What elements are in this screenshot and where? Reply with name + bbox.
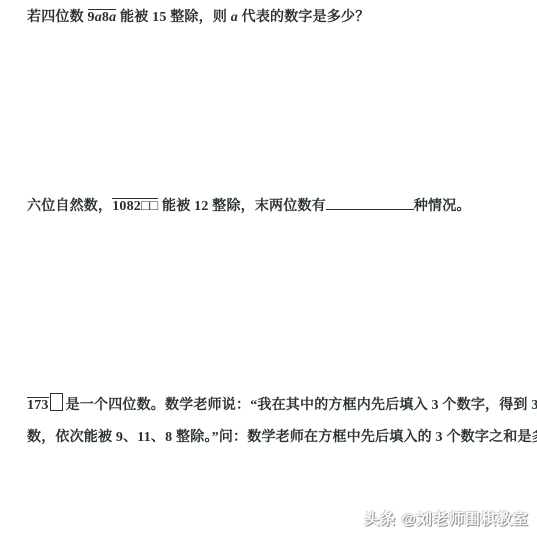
count-3: 3 xyxy=(436,430,443,445)
problem-1-prefix: 若四位数 xyxy=(27,10,88,25)
problem-3-text: 是一个四位数。数学老师说：“我在其中的方框内先后填入 xyxy=(66,398,432,413)
problem-2-prefix: 六位自然数， xyxy=(27,199,112,214)
problem-3-line-2: 数，依次能被 9、11、8 整除。”问：数学老师在方框中先后填入的 3 个数字之… xyxy=(27,422,532,454)
answer-blank xyxy=(326,195,414,210)
problem-1-mid: 整除，则 xyxy=(167,10,231,25)
count-3: 3 xyxy=(432,398,439,413)
problem-1-suffix: 代表的数字是多少？ xyxy=(238,10,370,25)
worksheet-page: 若四位数 9a8a 能被 15 整除，则 a 代表的数字是多少？ 六位自然数，1… xyxy=(0,0,537,537)
problem-1-mid: 能被 xyxy=(116,10,152,25)
problem-3-text: 整除。”问：数学老师在方框中先后填入的 xyxy=(172,430,435,445)
overline-number-9a8a: 9a8a xyxy=(88,9,117,26)
overline-number-1082-boxes: 1082□□ xyxy=(112,198,158,215)
problem-2-suffix: 种情况。 xyxy=(414,199,471,214)
problem-3-text: 个数字，得到 xyxy=(439,398,532,413)
divisor-12: 12 xyxy=(194,199,208,214)
problem-2-mid: 整除，末两位数有 xyxy=(209,199,326,214)
problem-1: 若四位数 9a8a 能被 15 整除，则 a 代表的数字是多少？ xyxy=(27,6,369,26)
overline-number-173: 173 xyxy=(27,397,49,414)
problem-2: 六位自然数，1082□□ 能被 12 整除，末两位数有种情况。 xyxy=(27,195,471,215)
divisor-15: 15 xyxy=(152,10,166,25)
problem-3-text: 个数字之和是多少？ xyxy=(443,430,537,445)
count-3: 3 xyxy=(531,398,537,413)
watermark-toutiao: 头条 @刘老师围棋教室 xyxy=(364,508,529,529)
divisors-9-11-8: 9、11、8 xyxy=(116,430,172,445)
variable-a: a xyxy=(95,10,102,25)
problem-2-mid: 能被 xyxy=(158,199,194,214)
problem-3-line-1: 173是一个四位数。数学老师说：“我在其中的方框内先后填入 3 个数字，得到 3… xyxy=(27,390,532,422)
digit: 9 xyxy=(88,10,95,25)
problem-3: 173是一个四位数。数学老师说：“我在其中的方框内先后填入 3 个数字，得到 3… xyxy=(27,390,532,454)
variable-a: a xyxy=(231,10,238,25)
problem-3-text: 数，依次能被 xyxy=(27,430,116,445)
answer-box xyxy=(50,393,63,411)
